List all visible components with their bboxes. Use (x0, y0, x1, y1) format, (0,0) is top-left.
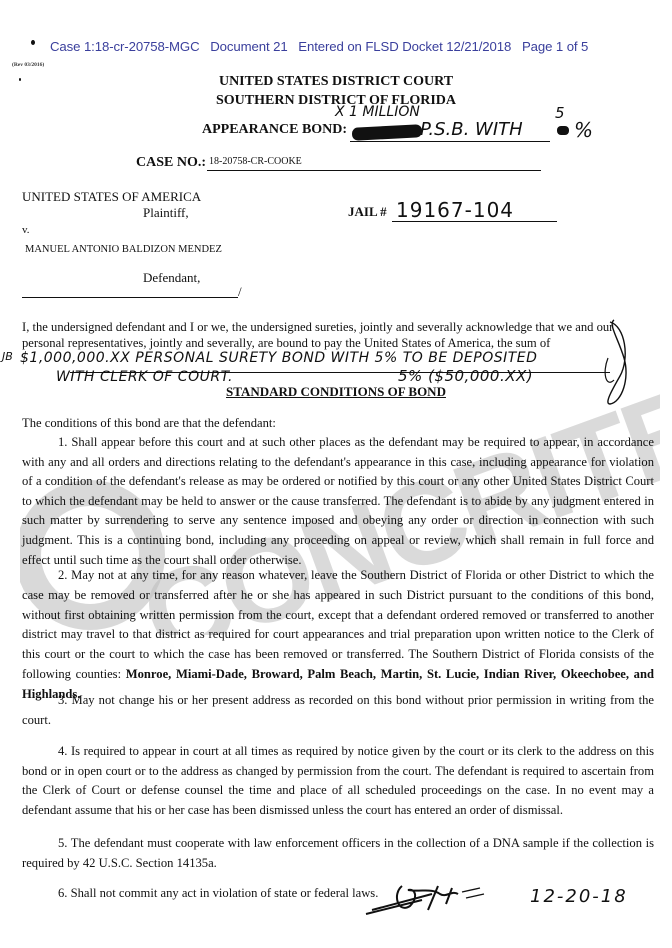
plaintiff-label: Plaintiff, (143, 205, 189, 221)
condition-3: 3. May not change his or her present add… (22, 691, 654, 730)
bond-type-handwritten: P.S.B. WITH (420, 119, 523, 140)
bond-sum-handwritten-line1: $1,000,000.XX PERSONAL SURETY BOND WITH … (20, 350, 537, 366)
case-number-value: 18-20758-CR-COOKE (209, 156, 302, 167)
bond-percent-sign: % (574, 118, 593, 142)
bond-percent-superscript: 5 (555, 104, 565, 122)
defendant-label: Defendant, (143, 270, 200, 286)
condition-6: 6. Shall not commit any act in violation… (58, 884, 378, 903)
condition-5: 5. The defendant must cooperate with law… (22, 834, 654, 873)
deposit-amount-handwritten: 5% ($50,000.XX) (398, 367, 533, 385)
bond-amount-handwritten: X 1 MILLION (335, 104, 420, 120)
defendant-signature-line (22, 297, 238, 298)
jail-number-handwritten: 19167-104 (396, 198, 514, 222)
scan-speck (31, 40, 35, 45)
versus: v. (22, 224, 30, 236)
court-title-line1: UNITED STATES DISTRICT COURT (0, 74, 672, 90)
docket-stamp: Case 1:18-cr-20758-MGC Document 21 Enter… (50, 39, 588, 54)
signature-date: 12-20-18 (530, 886, 628, 907)
conditions-intro: The conditions of this bond are that the… (22, 414, 654, 433)
case-number-underline (207, 170, 541, 171)
case-number-label: CASE NO.: (136, 155, 206, 171)
line-slash: / (238, 284, 242, 300)
jail-underline (392, 221, 557, 222)
scribble-mark (557, 126, 569, 135)
form-revision: (Rev 03/2016) (12, 62, 44, 68)
redaction-scribble (352, 124, 423, 141)
standard-conditions-title: STANDARD CONDITIONS OF BOND (0, 384, 672, 400)
defendant-signature (362, 880, 492, 920)
condition-1: 1. Shall appear before this court and at… (22, 433, 654, 570)
jail-label: JAIL # (348, 204, 387, 220)
defendant-name: MANUEL ANTONIO BALDIZON MENDEZ (25, 244, 222, 255)
bond-underline (350, 141, 550, 142)
plaintiff-name: UNITED STATES OF AMERICA (22, 189, 201, 205)
condition-2: 2. May not at any time, for any reason w… (22, 566, 654, 705)
margin-initials: JB (2, 350, 13, 363)
bond-sum-handwritten-line2: WITH CLERK OF COURT. (56, 369, 233, 385)
appearance-bond-label: APPEARANCE BOND: (202, 122, 347, 138)
condition-4: 4. Is required to appear in court at all… (22, 742, 654, 820)
